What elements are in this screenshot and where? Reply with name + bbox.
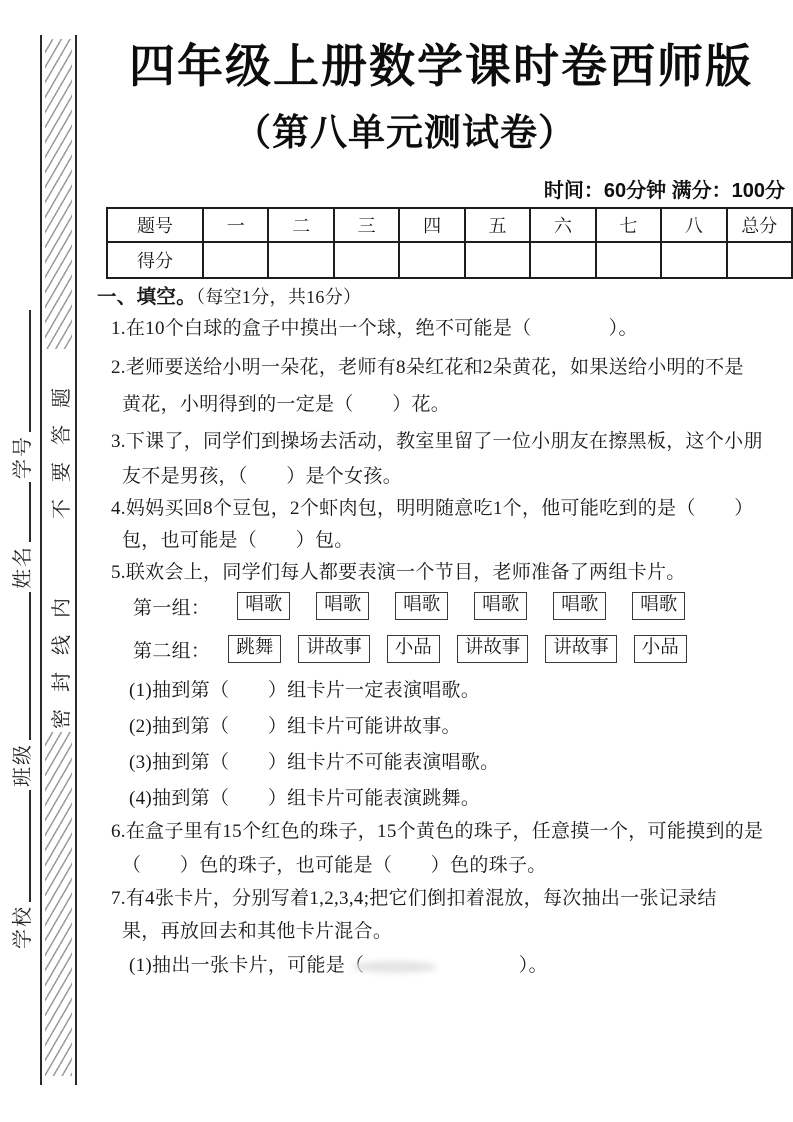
question-5-intro: 5.联欢会上，同学们每人都要表演一个节目，老师准备了两组卡片。 [111,562,686,584]
score-cell-6 [530,242,595,278]
group2-card: 小品 [634,635,687,663]
group2-card: 跳舞 [228,635,281,663]
time-score-info: 时间：60分钟 满分：100分 [95,174,785,203]
group1-card: 唱歌 [474,592,527,620]
question-5-sub4: (4)抽到第（ ）组卡片可能表演跳舞。 [129,788,480,810]
seal-hatch-top [45,39,72,349]
group2-card: 讲故事 [298,635,370,663]
seal-line-text: 密封线内 不要答题 [45,351,73,729]
test-paper-page: 学校 班级 姓名 学号 密封线内 不要答题 四年级上册数学课时卷西师版 （第八单… [0,0,793,1122]
question-7-line2: 果，再放回去和其他卡片混合。 [122,921,392,943]
score-cell-5 [465,242,530,278]
header-cell-1: 一 [203,208,268,242]
sidebar-student-fields: 学校 班级 姓名 学号 [2,290,38,952]
header-cell-2: 二 [268,208,333,242]
score-table-header-row: 题号 一 二 三 四 五 六 七 八 总分 [107,208,792,242]
school-blank-line [28,790,31,902]
paper-title: 四年级上册数学课时卷西师版 [95,30,787,96]
group2-label: 第二组： [133,636,210,663]
section1-heading: 一、填空。（每空1分，共16分） [97,286,361,309]
question-5-group2-row: 第二组： 跳舞 讲故事 小品 讲故事 讲故事 小品 [133,635,687,663]
question-3-line1: 3.下课了，同学们到操场去活动，教室里留了一位小朋友在擦黑板，这个小朋 [111,431,763,453]
name-blank-line [28,482,31,542]
seal-hatch-bottom [45,732,72,1076]
seal-line-column: 密封线内 不要答题 [40,35,77,1085]
header-cell-5: 五 [465,208,530,242]
group2-card: 小品 [387,635,440,663]
group2-card: 讲故事 [457,635,529,663]
question-1: 1.在10个白球的盒子中摸出一个球，绝不可能是（ ）。 [111,318,638,340]
scan-smudge [352,961,437,973]
group2-card: 讲故事 [545,635,617,663]
question-5-group1-row: 第一组： 唱歌 唱歌 唱歌 唱歌 唱歌 唱歌 [133,592,685,620]
question-7-line1: 7.有4张卡片，分别写着1,2,3,4;把它们倒扣着混放，每次抽出一张记录结 [111,888,717,910]
header-cell-8: 八 [661,208,726,242]
score-cell-4 [399,242,464,278]
header-cell-question-number: 题号 [107,208,203,242]
question-4-line1: 4.妈妈买回8个豆包，2个虾肉包，明明随意吃1个，他可能吃到的是（ ） [111,498,754,520]
score-row-label: 得分 [107,242,203,278]
score-table: 题号 一 二 三 四 五 六 七 八 总分 得分 [106,207,793,279]
group1-card: 唱歌 [237,592,290,620]
score-cell-2 [268,242,333,278]
seal-text-part1: 密封线内 [45,581,74,729]
header-cell-4: 四 [399,208,464,242]
school-field-label: 学校 [6,905,35,949]
question-6-line2: （ ）色的珠子，也可能是（ ）色的珠子。 [122,855,547,877]
section1-heading-note: （每空1分，共16分） [196,287,361,307]
question-6-line1: 6.在盒子里有15个红色的珠子，15个黄色的珠子，任意摸一个，可能摸到的是 [111,821,763,843]
question-3-line2: 友不是男孩，（ ）是个女孩。 [122,466,402,488]
seal-text-part2: 不要答题 [45,371,74,519]
score-cell-8 [661,242,726,278]
score-cell-7 [596,242,661,278]
name-field-label: 姓名 [6,545,35,589]
header-cell-total: 总分 [727,208,792,242]
group1-card: 唱歌 [632,592,685,620]
section1-heading-title: 一、填空。 [97,287,196,308]
question-5-sub1: (1)抽到第（ ）组卡片一定表演唱歌。 [129,680,480,702]
header-cell-7: 七 [596,208,661,242]
group1-card: 唱歌 [395,592,448,620]
paper-subtitle: （第八单元测试卷） [59,102,751,156]
group1-card: 唱歌 [316,592,369,620]
question-4-line2: 包，也可能是（ ）包。 [122,530,354,552]
group1-card: 唱歌 [553,592,606,620]
question-2-line2: 黄花，小明得到的一定是（ ）花。 [122,394,450,416]
score-cell-3 [334,242,399,278]
question-5-sub3: (3)抽到第（ ）组卡片不可能表演唱歌。 [129,752,499,774]
student-number-blank-line [28,310,31,432]
header-cell-6: 六 [530,208,595,242]
question-7-sub1: (1)抽出一张卡片，可能是（ ）。 [129,955,548,977]
class-field-label: 班级 [6,743,35,787]
question-5-sub2: (2)抽到第（ ）组卡片可能讲故事。 [129,716,461,738]
score-cell-1 [203,242,268,278]
group1-label: 第一组： [133,593,210,620]
class-blank-line [28,592,31,740]
student-number-field-label: 学号 [6,435,35,479]
score-cell-total [727,242,792,278]
header-cell-3: 三 [334,208,399,242]
question-2-line1: 2.老师要送给小明一朵花，老师有8朵红花和2朵黄花，如果送给小明的不是 [111,357,744,379]
score-table-score-row: 得分 [107,242,792,278]
